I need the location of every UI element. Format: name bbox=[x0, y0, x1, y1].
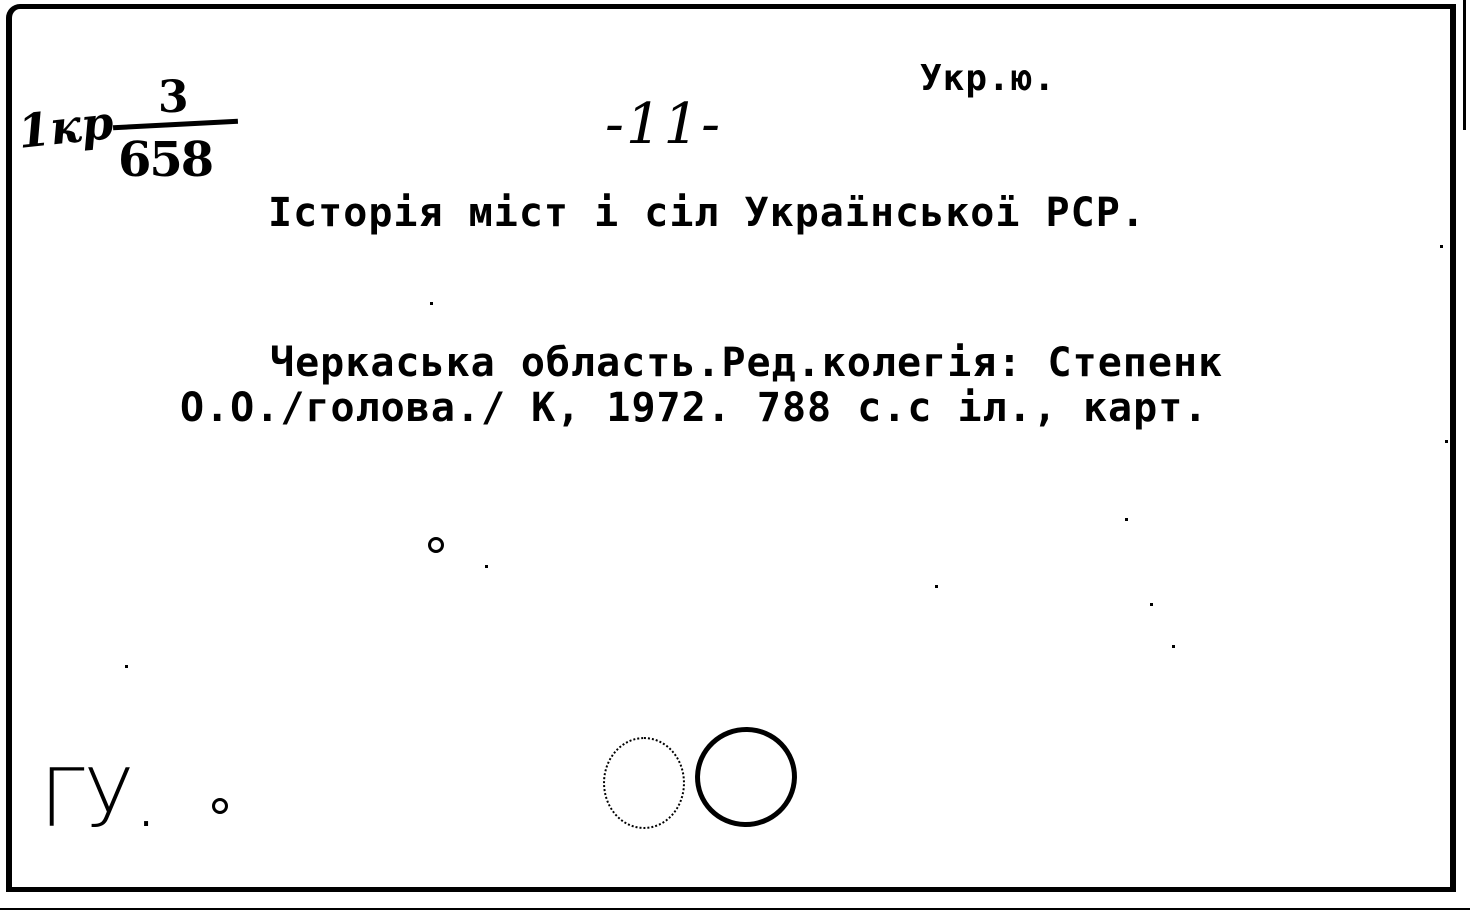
card-edge-bottom bbox=[0, 908, 1470, 910]
call-number-prefix: 1кр bbox=[15, 95, 115, 159]
call-number-numerator: 3 bbox=[158, 72, 189, 123]
department-code: Укр.ю. bbox=[920, 58, 1056, 99]
card-edge bbox=[1463, 0, 1466, 130]
speck bbox=[1150, 603, 1153, 606]
stamp-ring bbox=[687, 719, 805, 835]
description-line-2: О.О./голова./ К, 1972. 788 с.с іл., карт… bbox=[180, 385, 1208, 431]
speck bbox=[935, 585, 938, 588]
speck bbox=[1440, 245, 1443, 248]
handwritten-note: ГУ. bbox=[40, 752, 159, 845]
speck bbox=[430, 302, 433, 305]
page-mark: -11- bbox=[605, 92, 722, 157]
stamp-icon bbox=[595, 715, 805, 835]
speck bbox=[485, 565, 488, 568]
call-number: 1кр 3 658 bbox=[18, 78, 248, 198]
hole-mark-icon bbox=[212, 798, 228, 814]
book-title: Історія міст і сіл Української РСР. bbox=[268, 190, 1146, 236]
stamp-faint-circle bbox=[603, 737, 685, 829]
hole-mark-icon bbox=[428, 537, 444, 553]
speck bbox=[1445, 440, 1448, 443]
speck bbox=[1125, 518, 1128, 521]
speck bbox=[125, 665, 128, 668]
description-line-1: Черкаська область.Ред.колегія: Степенк bbox=[270, 340, 1223, 386]
speck bbox=[1172, 645, 1175, 648]
call-number-denominator: 658 bbox=[118, 132, 212, 188]
